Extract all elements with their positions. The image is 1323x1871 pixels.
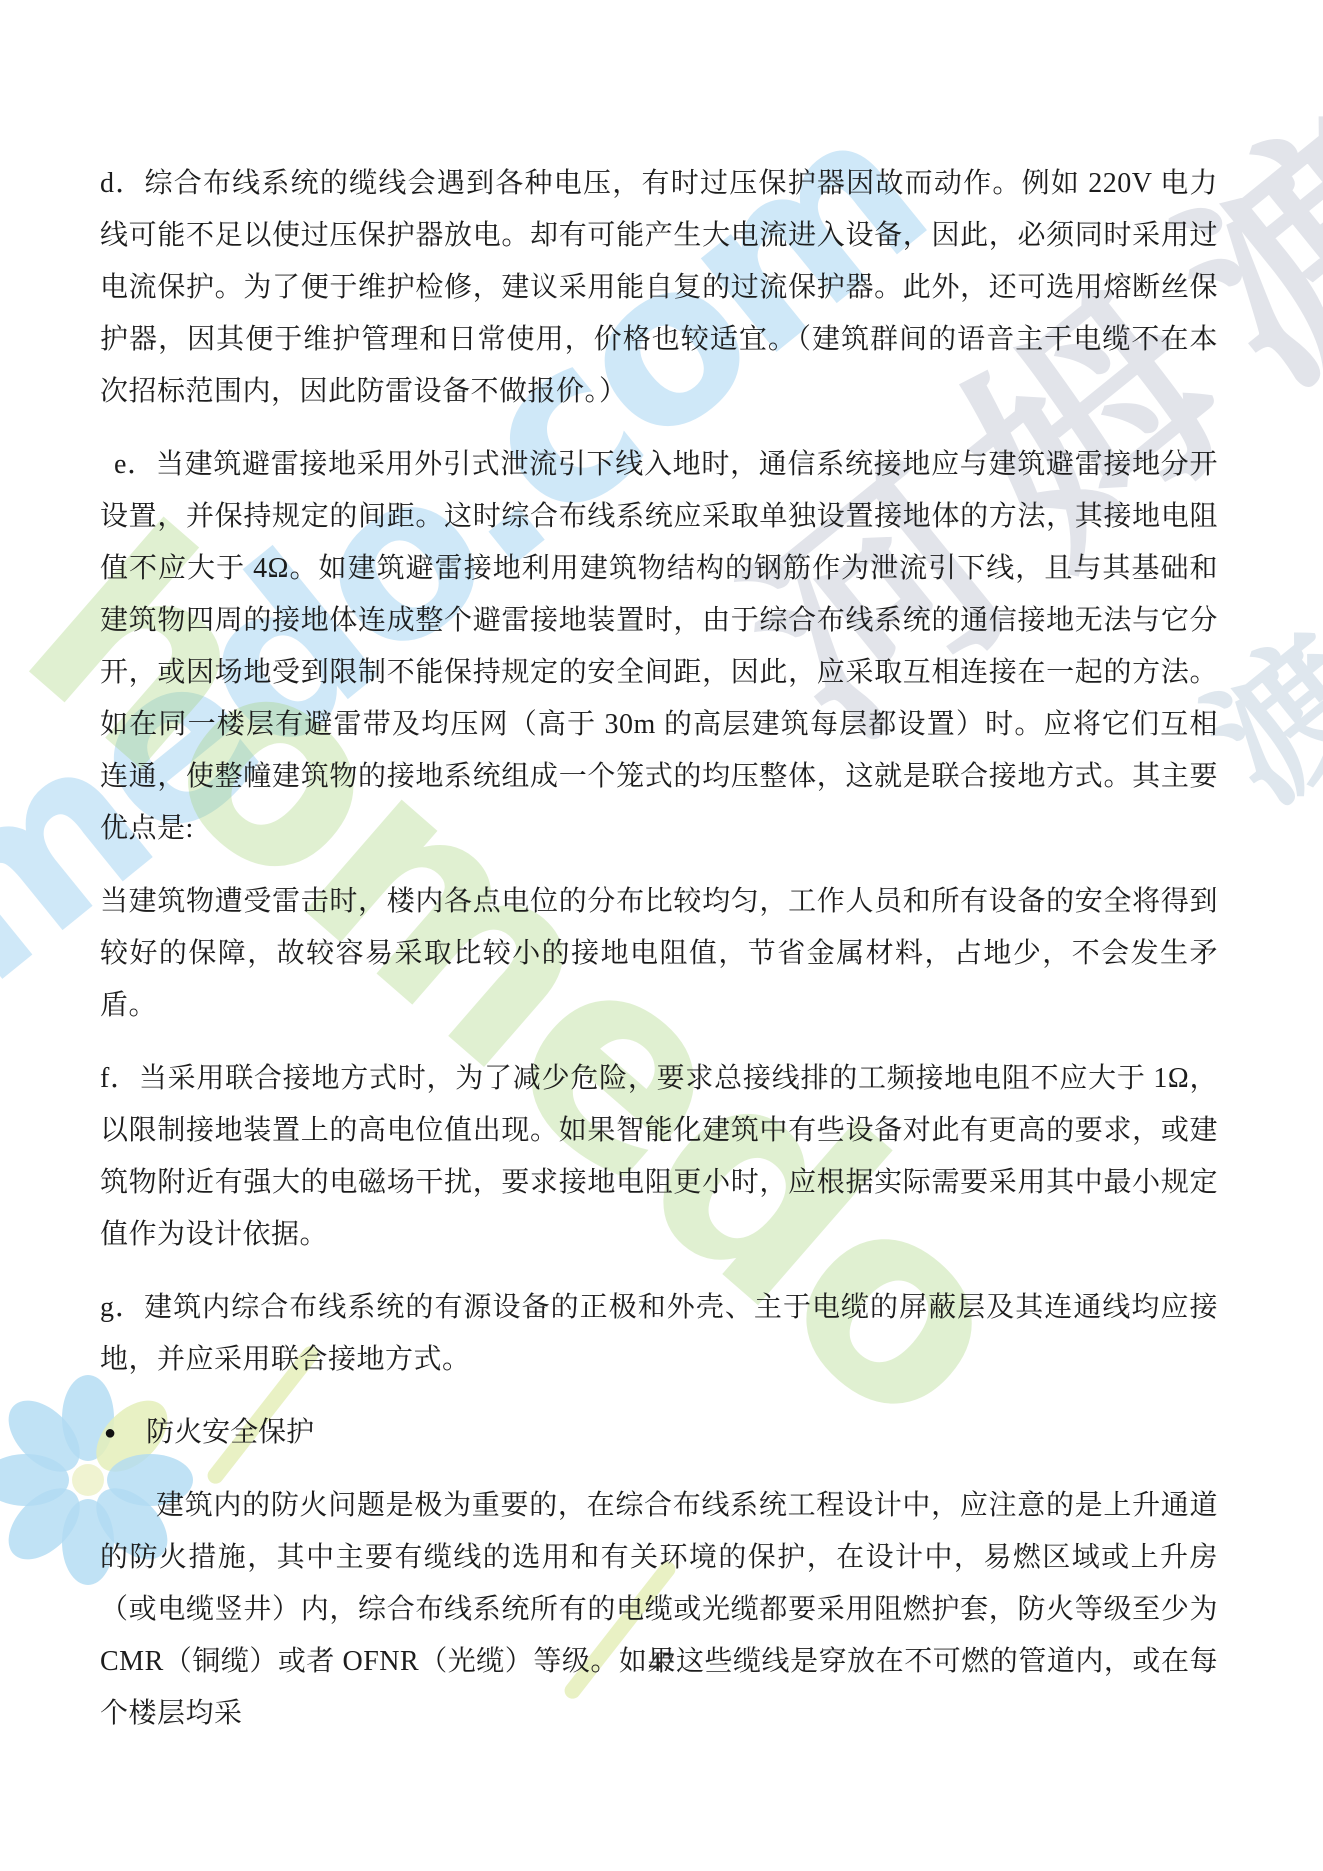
paragraph-fire: 建筑内的防火问题是极为重要的，在综合布线系统工程设计中，应注意的是上升通道的防火… [100, 1480, 1218, 1740]
paragraph-d: d．综合布线系统的缆线会遇到各种电压，有时过压保护器因故而动作。例如 220V … [100, 158, 1218, 418]
paragraph-f: f．当采用联合接地方式时，为了减少危险，要求总接线排的工频接地电阻不应大于 1Ω… [100, 1053, 1218, 1261]
page-number: 47 [0, 1648, 1323, 1678]
paragraph-e: e．当建筑避雷接地采用外引式泄流引下线入地时，通信系统接地应与建筑避雷接地分开设… [100, 439, 1218, 855]
paragraph-benefit: 当建筑物遭受雷击时，楼内各点电位的分布比较均匀，工作人员和所有设备的安全将得到较… [100, 876, 1218, 1032]
bullet-icon: ● [104, 1407, 116, 1459]
fire-safety-heading: ● 防火安全保护 [100, 1407, 1218, 1459]
document-content: d．综合布线系统的缆线会遇到各种电压，有时过压保护器因故而动作。例如 220V … [0, 0, 1323, 1871]
paragraph-g: g．建筑内综合布线系统的有源设备的正极和外壳、主于电缆的屏蔽层及其连通线均应接地… [100, 1282, 1218, 1386]
document-page: homedo.com homedo 河姆渡 渡 d．综合布线系统的缆线会遇到各种… [0, 0, 1323, 1871]
fire-safety-heading-label: 防火安全保护 [146, 1407, 314, 1459]
